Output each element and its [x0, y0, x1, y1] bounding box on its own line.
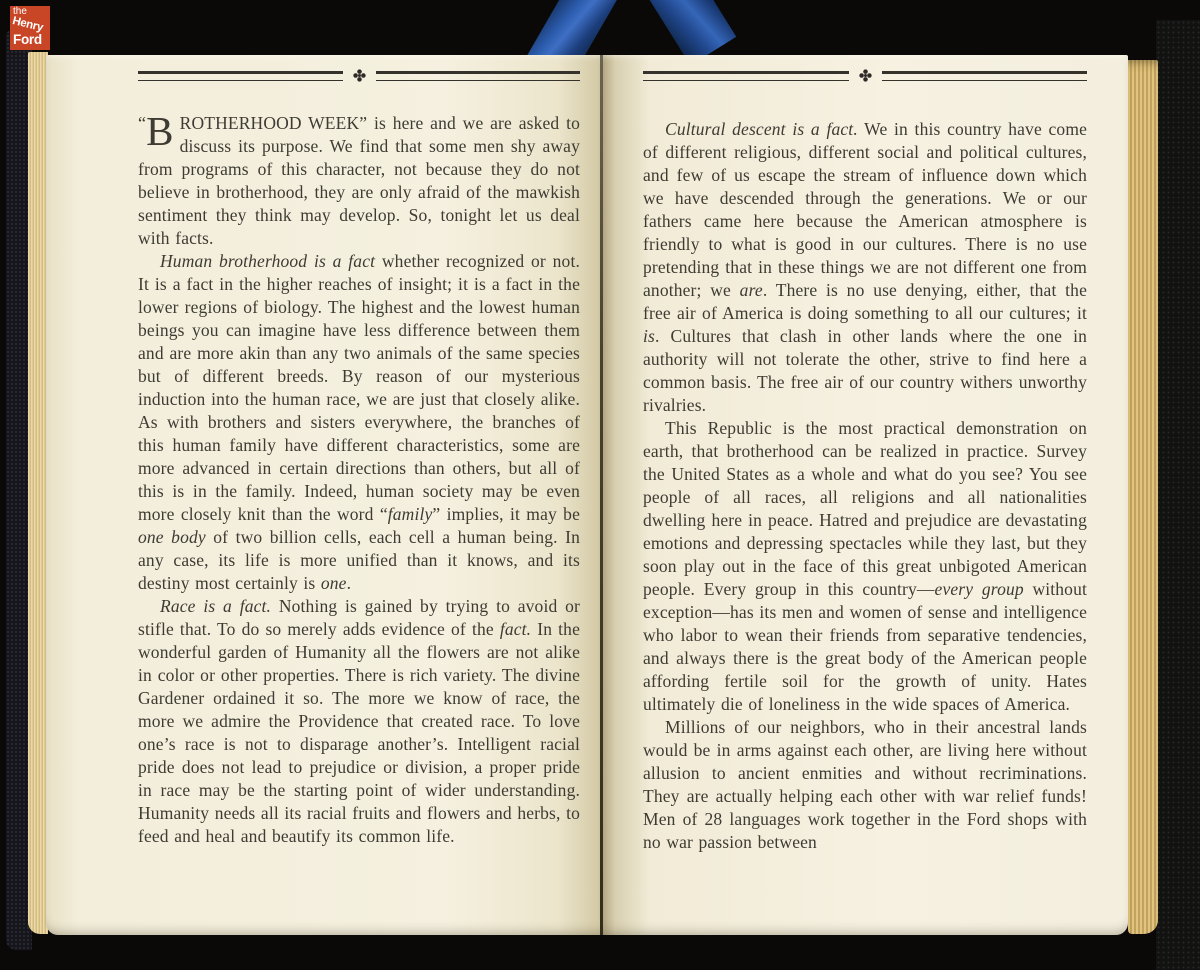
book-photo: the Henry Ford “BROTHERHOOD WEEK” [0, 0, 1200, 970]
paragraph-brotherhood-week: “BROTHERHOOD WEEK” is here and we are as… [138, 112, 580, 250]
paragraph-race-is-a-fact: Race is a fact. Nothing is gained by try… [138, 595, 580, 848]
left-page-header-rule [138, 55, 580, 82]
right-page-text: Cultural descent is a fact. We in this c… [643, 118, 1087, 854]
paragraph-human-brotherhood: Human brotherhood is a fact whether reco… [138, 250, 580, 595]
drop-cap: “B [138, 113, 174, 150]
paragraph-millions-of-neighbors: Millions of our neighbors, who in their … [643, 716, 1087, 854]
fleuron-icon [353, 69, 366, 82]
page-edges-left [28, 52, 48, 934]
paragraph-this-republic: This Republic is the most practical demo… [643, 417, 1087, 716]
book-gutter [600, 55, 603, 935]
fleuron-icon [859, 69, 872, 82]
paragraph-cultural-descent: Cultural descent is a fact. We in this c… [643, 118, 1087, 417]
page-edges-right [1128, 60, 1158, 934]
henry-ford-logo: the Henry Ford [10, 6, 50, 50]
logo-text-ford: Ford [13, 32, 42, 47]
right-page-header-rule [643, 55, 1087, 82]
book-cover-right-edge [1156, 20, 1200, 970]
header-rule-segment [882, 71, 1088, 81]
header-rule-segment [376, 71, 581, 81]
header-rule-segment [138, 71, 343, 81]
left-page-text: “BROTHERHOOD WEEK” is here and we are as… [138, 112, 580, 848]
header-rule-segment [643, 71, 849, 81]
left-page: “BROTHERHOOD WEEK” is here and we are as… [46, 55, 602, 935]
right-page: Cultural descent is a fact. We in this c… [602, 55, 1128, 935]
